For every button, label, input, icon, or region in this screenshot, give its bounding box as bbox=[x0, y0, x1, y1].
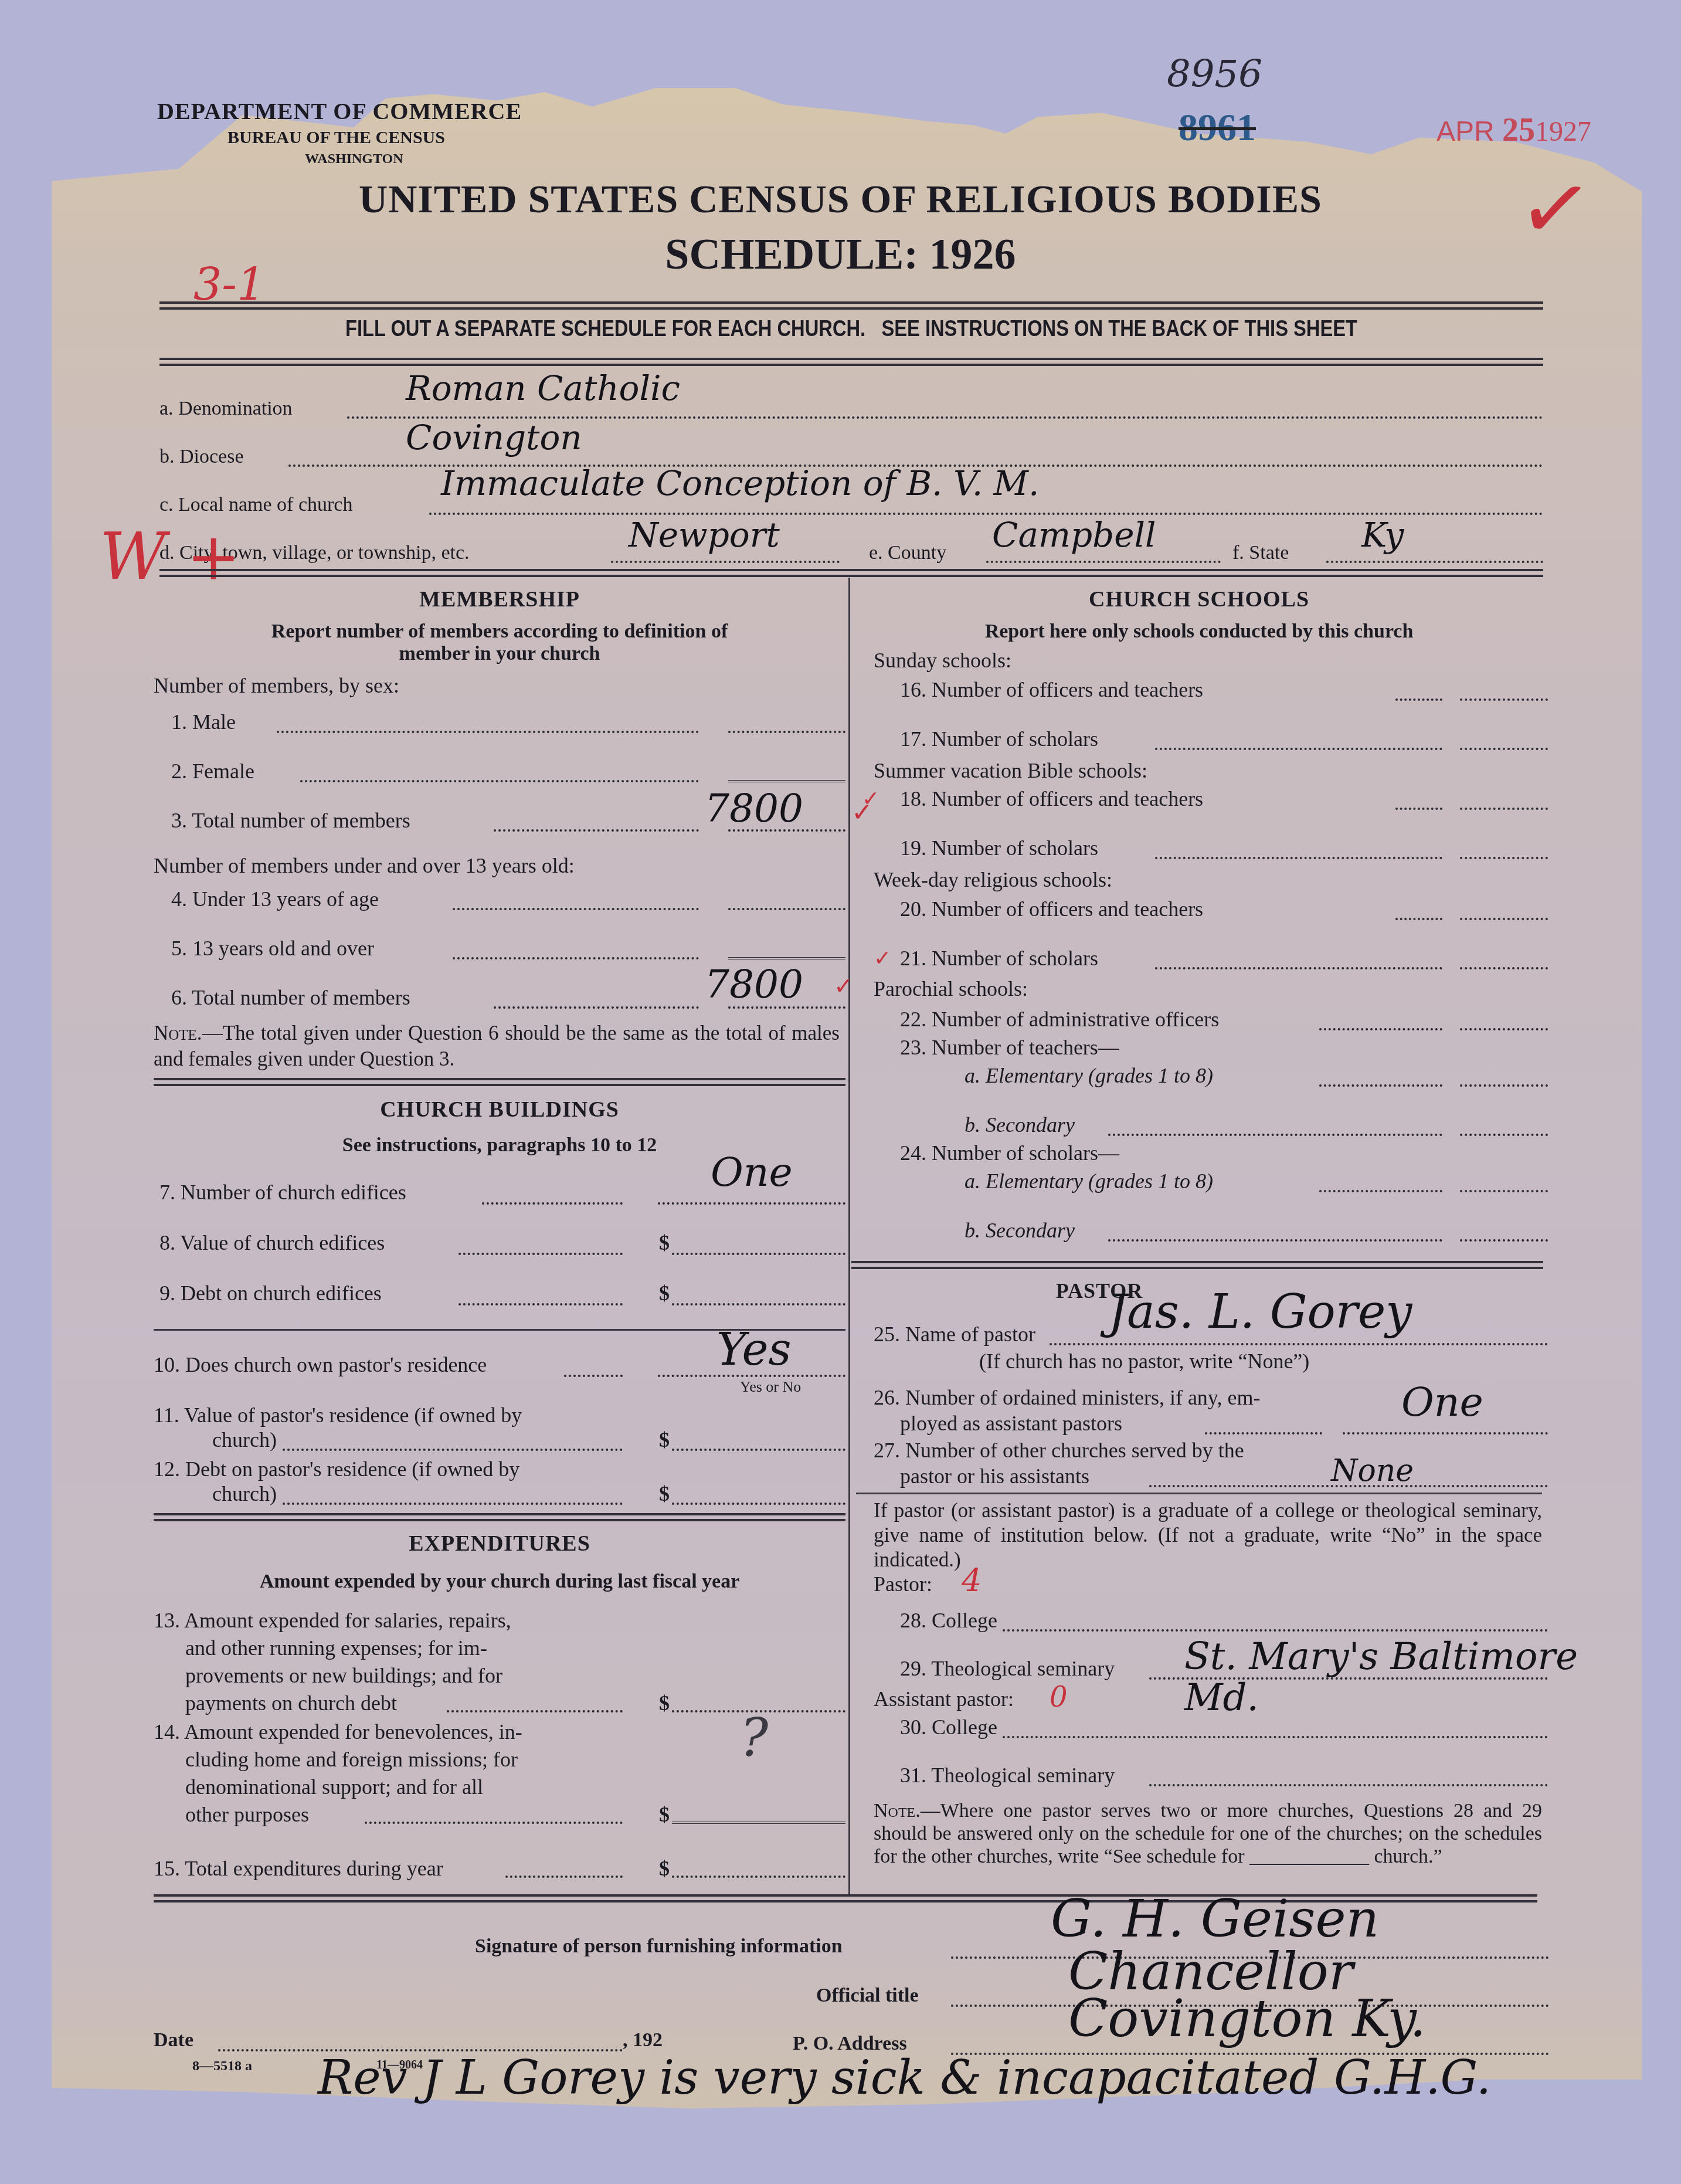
form-number: 8—5518 a bbox=[192, 2058, 252, 2074]
assistant-pastors-label: 26. Number of ordained ministers, if any… bbox=[874, 1385, 1261, 1410]
church-schools-section: CHURCH SCHOOLS Report here only schools … bbox=[856, 586, 1542, 643]
assistant-pastors-label-2: ployed as assistant pastors bbox=[900, 1411, 1122, 1436]
edifices-debt-field[interactable] bbox=[672, 1303, 845, 1305]
pastor-note-text: —Where one pastor serves two or more chu… bbox=[874, 1800, 1542, 1867]
file-number-struck: 8961 bbox=[1179, 106, 1256, 150]
exp-14-line3: other purposes bbox=[185, 1801, 309, 1829]
edifices-value-line bbox=[459, 1253, 623, 1255]
denomination-label: a. Denomination bbox=[159, 398, 293, 420]
schools-divider bbox=[851, 1261, 1543, 1269]
over-13-field[interactable] bbox=[728, 957, 845, 959]
exp-13-leader bbox=[447, 1710, 623, 1712]
identification-section: a. Denomination Roman Catholic b. Dioces… bbox=[159, 375, 1543, 569]
exp-14-label: 14. Amount expended for benevolences, in… bbox=[154, 1718, 522, 1746]
diocese-field[interactable]: Covington bbox=[406, 418, 582, 457]
other-churches-field[interactable]: None bbox=[1331, 1453, 1414, 1488]
over-13-label: 5. 13 years old and over bbox=[171, 936, 374, 961]
sunday-officers-label: 16. Number of officers and teachers bbox=[900, 677, 1203, 702]
sunday-scholars-leader bbox=[1155, 748, 1442, 750]
diocese-label: b. Diocese bbox=[159, 446, 244, 468]
residence-value-label: 11. Value of pastor's residence (if owne… bbox=[154, 1403, 522, 1427]
weekday-officers-field[interactable] bbox=[1460, 918, 1548, 920]
signature-block: Signature of person furnishing informati… bbox=[154, 1912, 1561, 2135]
yes-or-no-hint: Yes or No bbox=[740, 1378, 801, 1396]
by-age-label: Number of members under and over 13 year… bbox=[154, 853, 575, 878]
assistant-college-label: 30. College bbox=[900, 1715, 997, 1739]
exp-14-line2: denominational support; and for all bbox=[185, 1773, 483, 1801]
under-13-line bbox=[453, 908, 699, 910]
parochial-admin-label: 22. Number of administrative officers bbox=[900, 1007, 1219, 1032]
banner-divider bbox=[159, 358, 1543, 366]
residence-debt-line bbox=[283, 1503, 623, 1505]
received-date-stamp: APR 251927 bbox=[1437, 111, 1591, 149]
assistant-seminary-field[interactable] bbox=[1149, 1784, 1548, 1786]
pastor-name-line bbox=[1050, 1343, 1548, 1345]
pastor-red-mark: 4 bbox=[962, 1562, 982, 1599]
expenditures-items: 13. Amount expended for salaries, repair… bbox=[154, 1607, 845, 1888]
pastor-name-label: 25. Name of pastor bbox=[874, 1322, 1035, 1347]
pastor-items: 25. Name of pastor Jas. L. Gorey (If chu… bbox=[874, 1314, 1548, 1490]
pastor-name-field[interactable]: Jas. L. Gorey bbox=[1108, 1284, 1412, 1339]
signature-label: Signature of person furnishing informati… bbox=[475, 1935, 843, 1958]
exp-13-label: 13. Amount expended for salaries, repair… bbox=[154, 1607, 511, 1634]
exp-14-field[interactable] bbox=[672, 1822, 845, 1824]
sunday-schools-label: Sunday schools: bbox=[874, 648, 1011, 673]
summer-scholars-field[interactable] bbox=[1460, 857, 1548, 859]
membership-divider bbox=[154, 1078, 845, 1086]
bureau-city: WASHINGTON bbox=[305, 151, 403, 167]
instruction-banner: FILL OUT A SEPARATE SCHEDULE FOR EACH CH… bbox=[256, 317, 1446, 342]
county-label: e. County bbox=[869, 542, 946, 564]
parochial-scholars-secondary-label: b. Secondary bbox=[965, 1218, 1075, 1243]
exp-13-line1: and other running expenses; for im- bbox=[185, 1634, 487, 1662]
edifices-count-line-2 bbox=[658, 1202, 845, 1205]
church-buildings-items: 7. Number of church edifices One 8. Valu… bbox=[154, 1173, 845, 1501]
female-field[interactable] bbox=[728, 780, 845, 782]
summer-scholars-leader bbox=[1155, 857, 1442, 859]
membership-items: 1. Male 2. Female 3. Total number of mem… bbox=[154, 710, 845, 1038]
under-13-label: 4. Under 13 years of age bbox=[171, 887, 379, 911]
membership-subheading: Report number of members according to de… bbox=[154, 620, 845, 665]
total-members-age-label: 6. Total number of members bbox=[171, 985, 410, 1010]
exp-15-label: 15. Total expenditures during year bbox=[154, 1855, 443, 1883]
parochial-schools-label: Parochial schools: bbox=[874, 976, 1028, 1001]
residence-debt-label: 12. Debt on pastor's residence (if owned… bbox=[154, 1457, 519, 1481]
total-members-label: 3. Total number of members bbox=[171, 808, 410, 833]
red-check-18: ✓ bbox=[862, 786, 879, 811]
pastor-note: Note.—Where one pastor serves two or mor… bbox=[874, 1799, 1542, 1868]
exp-14-pencil-mark: ? bbox=[740, 1724, 768, 1752]
weekday-scholars-label: 21. Number of scholars bbox=[900, 946, 1098, 971]
summer-officers-label: 18. Number of officers and teachers bbox=[900, 786, 1203, 811]
city-line bbox=[611, 561, 840, 563]
weekday-schools-label: Week-day religious schools: bbox=[874, 867, 1112, 892]
edifices-value-label: 8. Value of church edifices bbox=[159, 1230, 385, 1255]
pastor-education-label: Pastor: bbox=[874, 1572, 932, 1596]
weekday-scholars-leader bbox=[1155, 967, 1442, 969]
edifices-debt-label: 9. Debt on church edifices bbox=[159, 1281, 382, 1305]
buildings-divider bbox=[154, 1513, 845, 1521]
edifices-count-label: 7. Number of church edifices bbox=[159, 1180, 406, 1205]
pastor-name-hint: (If church has no pastor, write “None”) bbox=[979, 1349, 1309, 1374]
dollar-sign-12: $ bbox=[659, 1481, 670, 1506]
exp-13-line2: provements or new buildings; and for bbox=[185, 1662, 502, 1690]
county-field[interactable]: Campbell bbox=[992, 515, 1156, 555]
parochial-admin-field[interactable] bbox=[1460, 1028, 1548, 1030]
state-field[interactable]: Ky bbox=[1361, 515, 1404, 555]
male-label: 1. Male bbox=[171, 710, 236, 734]
local-name-label: c. Local name of church bbox=[159, 494, 352, 516]
exp-14-leader bbox=[365, 1822, 623, 1824]
parochial-scholars-secondary-leader bbox=[1108, 1239, 1442, 1242]
pastor-college-label: 28. College bbox=[900, 1608, 997, 1633]
parochial-scholars-elementary-label: a. Elementary (grades 1 to 8) bbox=[965, 1169, 1213, 1193]
parochial-teachers-label: 23. Number of teachers— bbox=[900, 1035, 1119, 1060]
edifices-count-line bbox=[482, 1202, 623, 1205]
total-members-line bbox=[494, 829, 699, 832]
dollar-sign-15: $ bbox=[659, 1855, 670, 1883]
parochial-scholars-elementary-leader bbox=[1319, 1190, 1442, 1192]
parochial-scholars-label: 24. Number of scholars— bbox=[900, 1141, 1119, 1165]
membership-note: Note.—The total given under Question 6 s… bbox=[154, 1020, 840, 1072]
header-divider bbox=[159, 301, 1543, 310]
church-schools-items: Sunday schools: 16. Number of officers a… bbox=[874, 648, 1548, 1270]
expenditures-subheading: Amount expended by your church during la… bbox=[154, 1571, 845, 1593]
summer-schools-label: Summer vacation Bible schools: bbox=[874, 758, 1147, 783]
parochial-teachers-elementary-label: a. Elementary (grades 1 to 8) bbox=[965, 1063, 1213, 1088]
assistant-pastors-leader bbox=[1205, 1432, 1322, 1434]
other-churches-label: 27. Number of other churches served by t… bbox=[874, 1438, 1244, 1463]
parochial-admin-leader bbox=[1319, 1028, 1442, 1030]
parochial-teachers-elementary-field[interactable] bbox=[1460, 1084, 1548, 1087]
parochial-scholars-secondary-field[interactable] bbox=[1460, 1239, 1548, 1242]
residence-value-line bbox=[283, 1449, 623, 1451]
expenditures-heading: EXPENDITURES bbox=[154, 1531, 845, 1556]
exp-14-line1: cluding home and foreign missions; for bbox=[185, 1746, 518, 1773]
membership-note-lead: Note. bbox=[154, 1022, 202, 1044]
pastor-note-lead: Note. bbox=[874, 1800, 921, 1822]
church-buildings-heading: CHURCH BUILDINGS bbox=[154, 1097, 845, 1122]
female-label: 2. Female bbox=[171, 759, 254, 784]
parochial-teachers-secondary-label: b. Secondary bbox=[965, 1113, 1075, 1137]
local-name-field[interactable]: Immaculate Conception of B. V. M. bbox=[441, 463, 1039, 503]
total-members-field[interactable]: 7800 bbox=[705, 786, 803, 831]
other-churches-label-2: pastor or his assistants bbox=[900, 1464, 1089, 1488]
dollar-sign-14: $ bbox=[659, 1801, 670, 1829]
sunday-scholars-label: 17. Number of scholars bbox=[900, 727, 1098, 751]
male-field[interactable] bbox=[728, 731, 845, 733]
county-line bbox=[986, 561, 1221, 563]
assistant-seminary-label: 31. Theological seminary bbox=[900, 1763, 1115, 1788]
assistant-pastors-line bbox=[1343, 1432, 1548, 1434]
dollar-sign-11: $ bbox=[659, 1427, 670, 1452]
parochial-teachers-secondary-leader bbox=[1108, 1134, 1442, 1136]
pastor-seminary-label: 29. Theological seminary bbox=[900, 1656, 1115, 1681]
membership-subheading-line1: Report number of members according to de… bbox=[154, 620, 845, 643]
assistant-pastors-field[interactable]: One bbox=[1401, 1379, 1483, 1426]
edifices-count-field[interactable]: One bbox=[711, 1149, 793, 1196]
summer-officers-field[interactable] bbox=[1460, 808, 1548, 810]
residence-debt-label-2: church) bbox=[212, 1481, 277, 1506]
official-title-label: Official title bbox=[816, 1985, 919, 2007]
dollar-sign-13: $ bbox=[659, 1690, 670, 1717]
form-title: UNITED STATES CENSUS OF RELIGIOUS BODIES bbox=[0, 176, 1681, 222]
denomination-field[interactable]: Roman Catholic bbox=[406, 368, 680, 408]
assistant-education-label: Assistant pastor: bbox=[874, 1687, 1014, 1711]
membership-heading: MEMBERSHIP bbox=[154, 586, 845, 612]
summer-officers-leader bbox=[1395, 808, 1442, 810]
bureau-name: BUREAU OF THE CENSUS bbox=[227, 128, 445, 148]
identification-divider bbox=[159, 569, 1543, 577]
stamp-year: 1927 bbox=[1535, 116, 1591, 147]
church-schools-subheading: Report here only schools conducted by th… bbox=[856, 620, 1542, 643]
owns-residence-field[interactable]: Yes bbox=[716, 1323, 792, 1375]
exp-15-field[interactable] bbox=[672, 1876, 845, 1878]
weekday-officers-label: 20. Number of officers and teachers bbox=[900, 897, 1203, 921]
under-13-field[interactable] bbox=[728, 908, 845, 910]
membership-note-text: —The total given under Question 6 should… bbox=[154, 1022, 840, 1070]
column-divider bbox=[848, 578, 850, 1894]
state-line bbox=[1326, 561, 1543, 563]
edifices-value-field[interactable] bbox=[672, 1253, 845, 1255]
pastor-seminary-field[interactable]: St. Mary's Baltimore Md. bbox=[1184, 1636, 1607, 1718]
signature-field[interactable]: G. H. Geisen bbox=[1051, 1888, 1379, 1949]
weekday-scholars-field[interactable] bbox=[1460, 967, 1548, 969]
department-name: DEPARTMENT OF COMMERCE bbox=[157, 97, 522, 125]
dollar-sign-8: $ bbox=[659, 1230, 670, 1255]
assistant-red-mark: 0 bbox=[1050, 1681, 1068, 1714]
state-label: f. State bbox=[1232, 542, 1289, 564]
red-check-total-age: ✓ bbox=[834, 972, 854, 1000]
owns-residence-line bbox=[564, 1375, 623, 1377]
red-margin-mark: W + bbox=[100, 528, 240, 586]
male-line bbox=[277, 731, 699, 733]
po-address-field[interactable]: Covington Ky. bbox=[1068, 1988, 1426, 2049]
total-members-age-line bbox=[494, 1006, 699, 1009]
expenditures-section: EXPENDITURES Amount expended by your chu… bbox=[154, 1531, 845, 1593]
sunday-officers-field[interactable] bbox=[1460, 698, 1548, 701]
church-buildings-section: CHURCH BUILDINGS See instructions, parag… bbox=[154, 1097, 845, 1157]
parochial-teachers-secondary-field[interactable] bbox=[1460, 1134, 1548, 1136]
handwritten-note: Rev J L Gorey is very sick & incapacitat… bbox=[318, 2050, 1491, 2105]
residence-value-label-2: church) bbox=[212, 1427, 277, 1452]
pastor-mid-divider bbox=[856, 1493, 1542, 1494]
sunday-scholars-field[interactable] bbox=[1460, 748, 1548, 750]
weekday-officers-leader bbox=[1395, 918, 1442, 920]
residence-debt-field[interactable] bbox=[672, 1503, 845, 1505]
stamp-day: 25 bbox=[1502, 112, 1535, 148]
sunday-officers-leader bbox=[1395, 698, 1442, 701]
education-items: Pastor: 4 28. College 29. Theological se… bbox=[874, 1572, 1548, 1900]
over-13-line bbox=[453, 957, 699, 959]
summer-scholars-label: 19. Number of scholars bbox=[900, 836, 1098, 860]
assistant-college-field[interactable] bbox=[1003, 1736, 1548, 1738]
exp-15-leader bbox=[505, 1876, 623, 1878]
date-label: Date bbox=[154, 2029, 193, 2051]
female-line bbox=[300, 780, 699, 782]
residence-value-field[interactable] bbox=[672, 1449, 845, 1451]
membership-section: MEMBERSHIP Report number of members acco… bbox=[154, 586, 845, 698]
stamp-month: APR bbox=[1437, 116, 1495, 147]
owns-residence-label: 10. Does church own pastor's residence bbox=[154, 1352, 487, 1377]
pastor-college-field[interactable] bbox=[1003, 1629, 1548, 1632]
parochial-scholars-elementary-field[interactable] bbox=[1460, 1190, 1548, 1192]
parochial-teachers-elementary-leader bbox=[1319, 1084, 1442, 1087]
red-check-21: ✓ bbox=[874, 946, 891, 971]
total-members-age-field[interactable]: 7800 bbox=[705, 962, 803, 1007]
education-intro: If pastor (or assistant pastor) is a gra… bbox=[874, 1498, 1542, 1572]
edifices-debt-line bbox=[459, 1303, 623, 1305]
file-number-handwritten: 8956 bbox=[1167, 53, 1262, 96]
date-year-suffix: , 192 bbox=[623, 2029, 663, 2051]
membership-subheading-line2: member in your church bbox=[154, 643, 845, 665]
exp-13-line3: payments on church debt bbox=[185, 1690, 397, 1717]
church-schools-heading: CHURCH SCHOOLS bbox=[856, 586, 1542, 612]
city-field[interactable]: Newport bbox=[629, 515, 780, 555]
by-sex-label: Number of members, by sex: bbox=[154, 673, 845, 698]
